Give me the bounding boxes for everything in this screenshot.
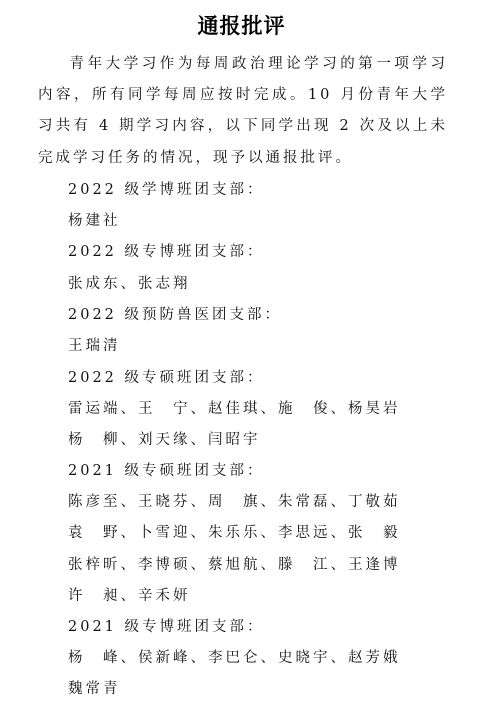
branch-heading: 2022 级专博班团支部：	[68, 242, 265, 262]
name-list: 许 昶、辛禾妍	[68, 586, 191, 606]
name-list: 张梓昕、李博硕、蔡旭航、滕 江、王逢博	[68, 555, 401, 575]
name-list: 杨 峰、侯新峰、李巴仑、史晓宇、赵芳娥	[68, 648, 401, 668]
name-list: 张成东、张志翔	[68, 274, 191, 294]
branch-heading: 2022 级专硕班团支部：	[68, 368, 265, 388]
name-list: 雷运端、王 宁、赵佳琪、施 俊、杨昊岩	[68, 399, 401, 419]
name-list: 魏常青	[68, 679, 121, 699]
name-list: 王瑞清	[68, 336, 121, 356]
name-list: 杨 柳、刘天缘、闫昭宇	[68, 430, 261, 450]
intro-paragraph: 青年大学习作为每周政治理论学习的第一项学习内容，所有同学每周应按时完成。10 月…	[38, 49, 448, 174]
name-list: 杨建社	[68, 211, 121, 231]
branch-heading: 2021 级专硕班团支部：	[68, 461, 265, 481]
branch-heading: 2022 级预防兽医团支部：	[68, 305, 282, 325]
intro-text: 青年大学习作为每周政治理论学习的第一项学习内容，所有同学每周应按时完成。10 月…	[38, 56, 448, 166]
branch-heading: 2021 级专博班团支部：	[68, 617, 265, 637]
document-title: 通报批评	[0, 10, 483, 40]
name-list: 陈彦至、王晓芬、周 旗、朱常磊、丁敬茹	[68, 492, 401, 512]
branch-heading: 2022 级学博班团支部：	[68, 180, 265, 200]
name-list: 袁 野、卜雪迎、朱乐乐、李思远、张 毅	[68, 523, 401, 543]
